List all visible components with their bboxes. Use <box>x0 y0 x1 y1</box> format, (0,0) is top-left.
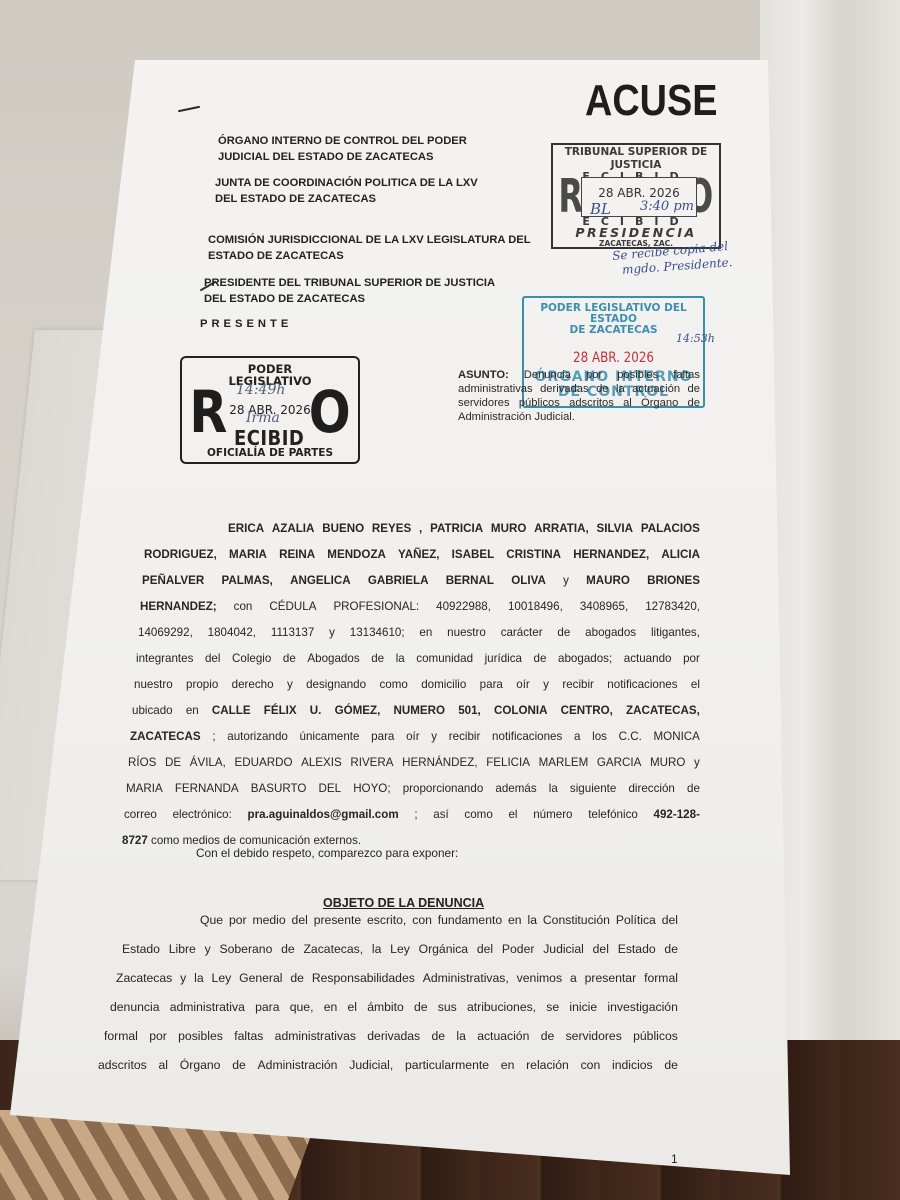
paragraph-line: integrantesdelColegiodeAbogadosdelacomun… <box>136 646 700 672</box>
handwritten-name-oficialia: Irma <box>246 410 280 426</box>
paragraph-line: RODRIGUEZ,MARIAREINAMENDOZAYAÑEZ,ISABELC… <box>144 542 700 568</box>
object-paragraph: Quepormediodelpresenteescrito,confundame… <box>130 906 678 1080</box>
recipient-oic: ÓRGANO INTERNO DE CONTROL DEL PODER JUDI… <box>218 133 467 165</box>
handwritten-initials: BL <box>590 200 611 218</box>
paragraph-line: 14069292,1804042,1113137y13134610;ennues… <box>138 620 700 646</box>
paragraph-line: Quepormediodelpresenteescrito,confundame… <box>130 906 678 935</box>
paragraph-line: ERICAAZALIABUENOREYES,PATRICIAMUROARRATI… <box>148 516 700 542</box>
intro-paragraph: ERICAAZALIABUENOREYES,PATRICIAMUROARRATI… <box>148 516 700 854</box>
pen-mark <box>178 106 200 113</box>
paragraph-line: denunciaadministrativaparaque,enelámbito… <box>110 993 678 1022</box>
paragraph-line: PEÑALVERPALMAS,ANGELICAGABRIELABERNALOLI… <box>142 568 700 594</box>
page-number: 1 <box>671 1152 678 1166</box>
paragraph-line: nuestropropioderechoydesignandocomodomic… <box>134 672 700 698</box>
recipient-junta: JUNTA DE COORDINACIÓN POLITICA DE LA LXV… <box>215 175 478 207</box>
paragraph-line: RÍOSDEÁVILA,EDUARDOALEXISRIVERAHERNÁNDEZ… <box>128 750 700 776</box>
recipient-comision: COMISIÓN JURISDICCIONAL DE LA LXV LEGISL… <box>208 232 531 264</box>
acuse-heading: ACUSE <box>585 76 717 126</box>
presente-label: PRESENTE <box>200 316 292 332</box>
recipient-presidente-tsj: PRESIDENTE DEL TRIBUNAL SUPERIOR DE JUST… <box>204 275 495 307</box>
stamp-tribunal-superior: TRIBUNAL SUPERIOR DE JUSTICIA ECIBID R O… <box>551 143 721 249</box>
handwritten-time-tsj: 3:40 pm <box>640 199 694 214</box>
paragraph-line: formalporposiblesfaltasadministrativasde… <box>104 1022 678 1051</box>
paragraph-line: ZacatecasylaLeyGeneraldeResponsabilidade… <box>116 964 678 993</box>
document-page: ACUSE ÓRGANO INTERNO DE CONTROL DEL PODE… <box>0 0 900 1200</box>
paragraph-line: HERNANDEZ;conCÉDULAPROFESIONAL:40922988,… <box>140 594 700 620</box>
paragraph-line: EstadoLibreySoberanodeZacatecas,laLeyOrg… <box>122 935 678 964</box>
paragraph-line: ubicadoenCALLEFÉLIXU.GÓMEZ,NUMERO501,COL… <box>132 698 700 724</box>
asunto-label: ASUNTO: <box>458 369 509 381</box>
paragraph-line: correoelectrónico:pra.aguinaldos@gmail.c… <box>124 802 700 828</box>
paragraph-line: ZACATECAS;autorizandoúnicamenteparaoíryr… <box>130 724 700 750</box>
paragraph-line: MARIAFERNANDABASURTODELHOYO;proporcionan… <box>126 776 700 802</box>
greeting-text: Con el debido respeto, comparezco para e… <box>196 846 458 860</box>
asunto-block: ASUNTO: Denuncia por posibles faltas adm… <box>458 368 700 424</box>
paragraph-line: adscritos al Órgano de Administración Ju… <box>98 1051 678 1080</box>
handwritten-time-oic: 14:53h <box>676 332 715 345</box>
handwritten-time-oficialia: 14:49h <box>236 382 285 398</box>
